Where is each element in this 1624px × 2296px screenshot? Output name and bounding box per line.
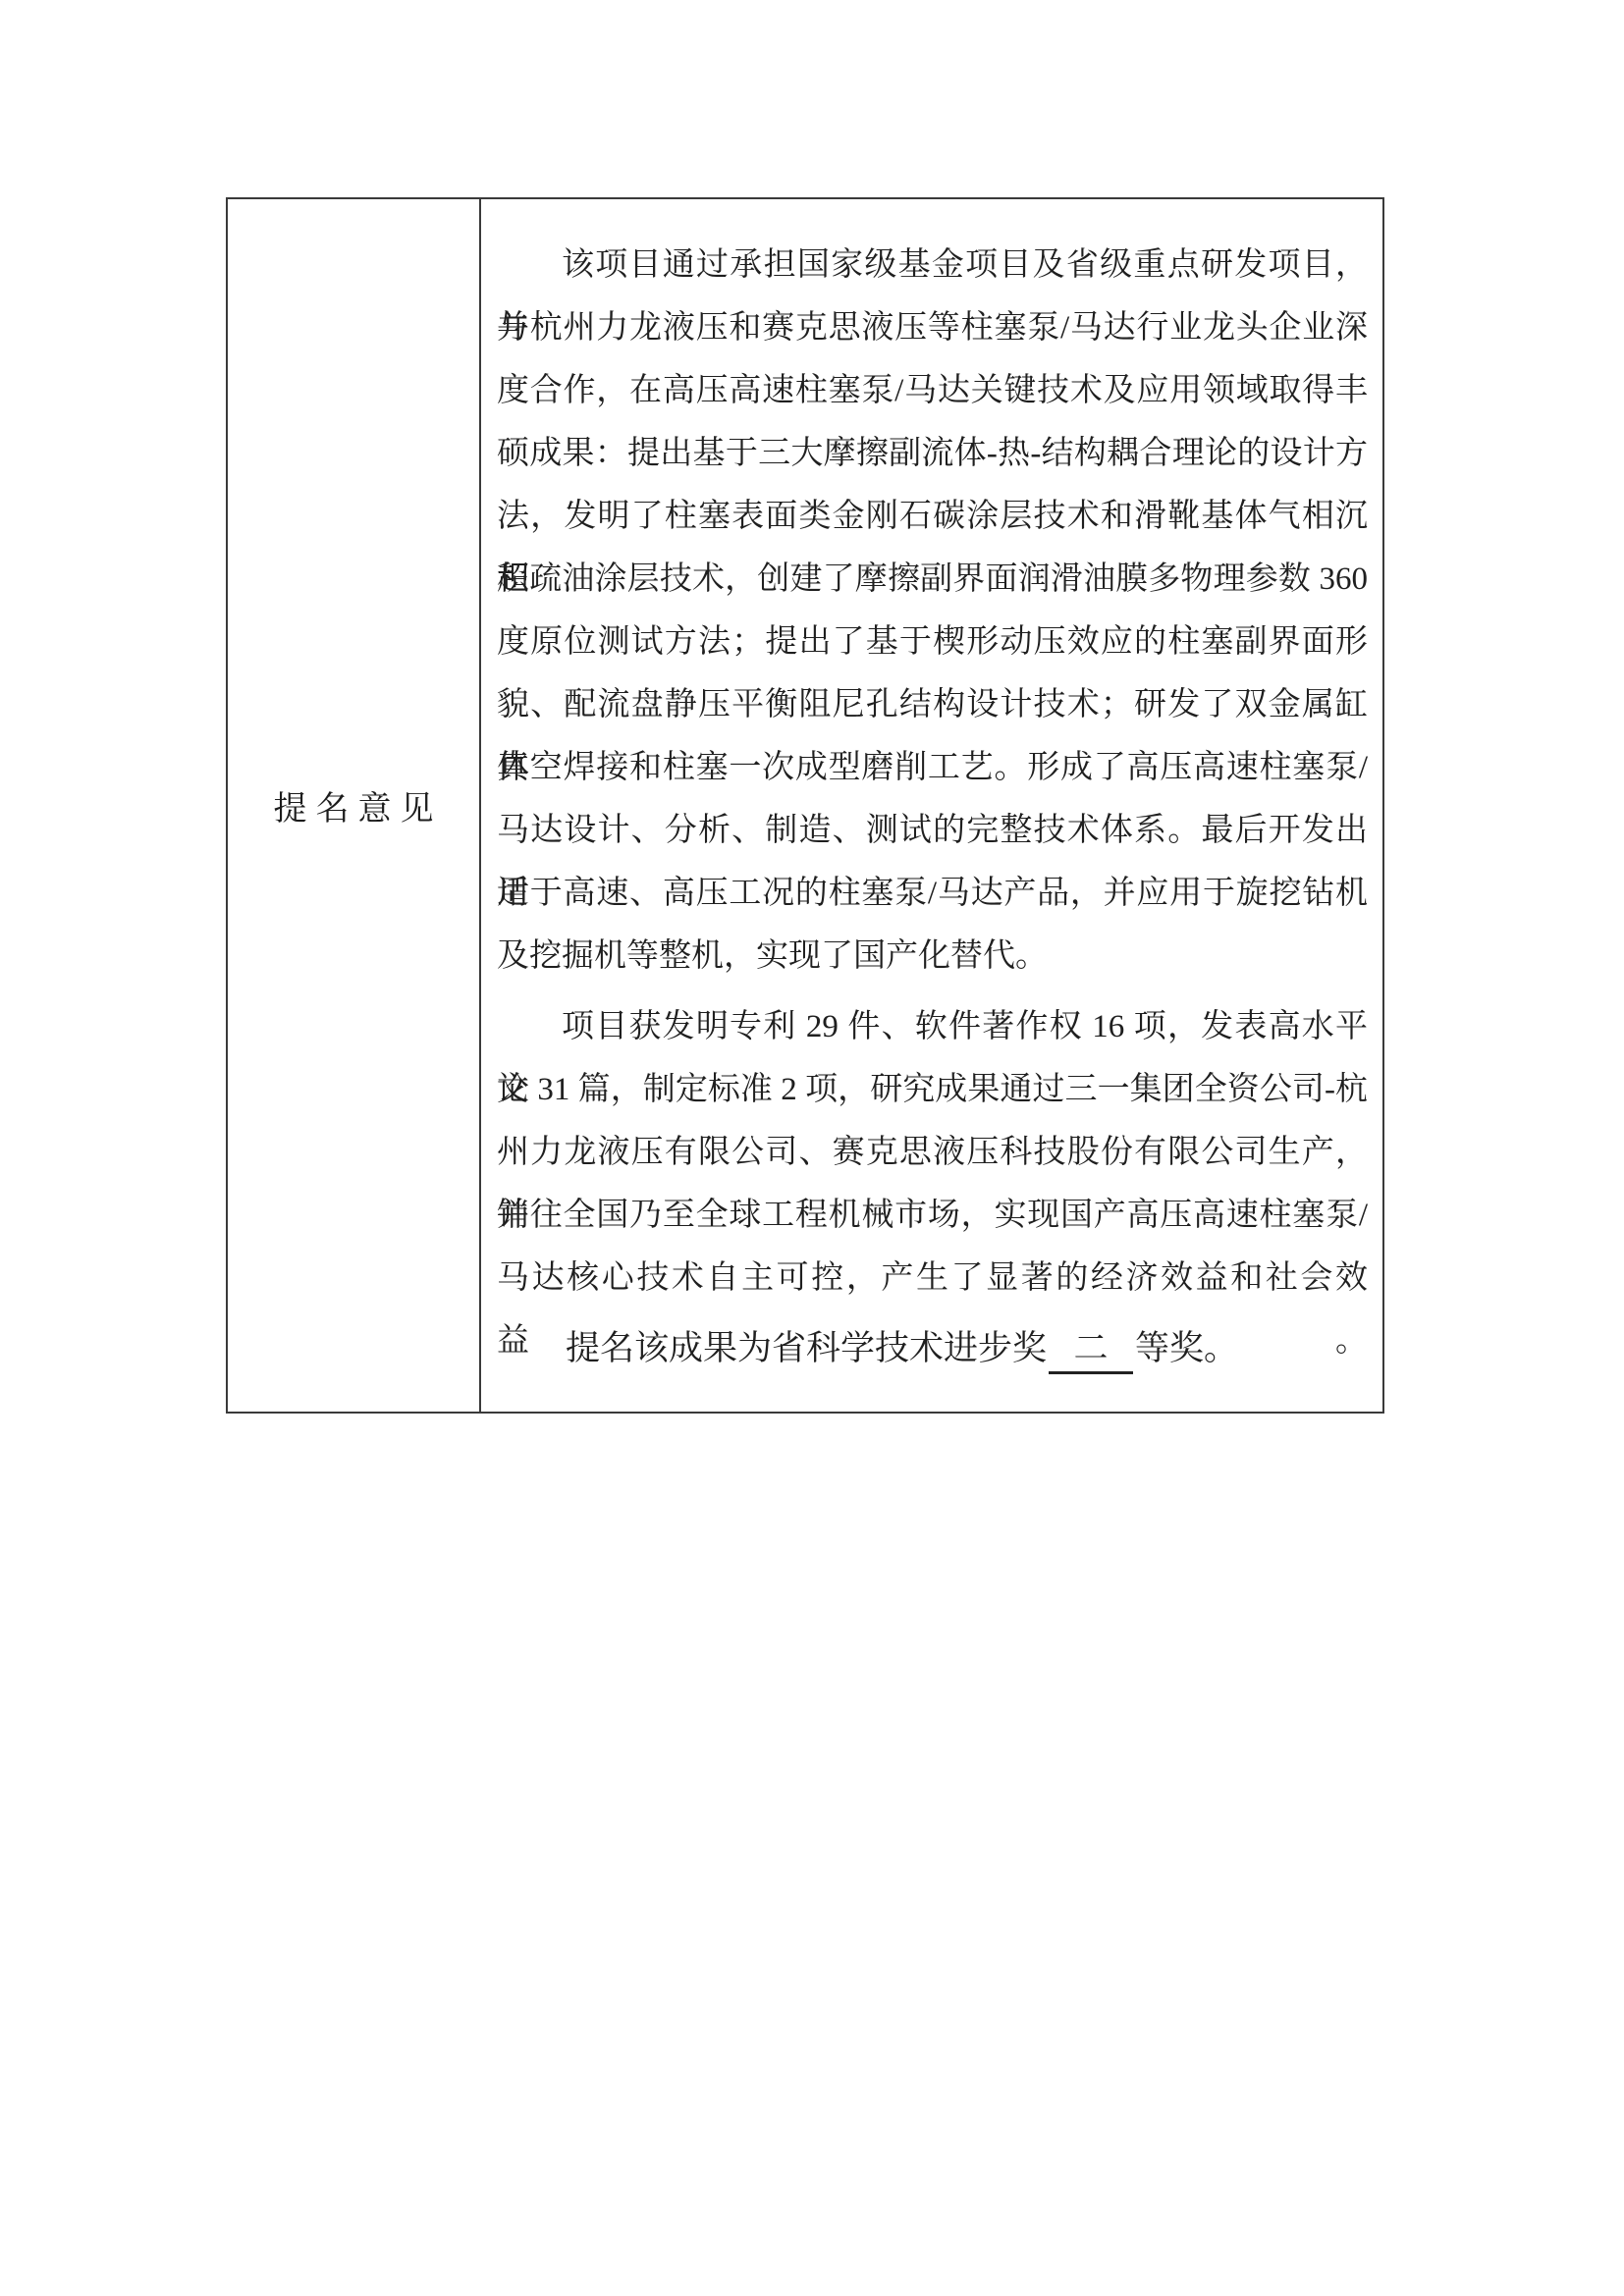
content-paragraphs: 该项目通过承担国家级基金项目及省级重点研发项目，并与杭州力龙液压和赛克思液压等柱… bbox=[497, 234, 1368, 1309]
text-line: 法，发明了柱塞表面类金刚石碳涂层技术和滑靴基体气相沉积 bbox=[497, 485, 1368, 548]
award-line-suffix: 等奖。 bbox=[1135, 1329, 1238, 1367]
text-line: 超疏油涂层技术，创建了摩擦副界面润滑油膜多物理参数 360 bbox=[497, 548, 1368, 611]
text-line: 真空焊接和柱塞一次成型磨削工艺。形成了高压高速柱塞泵/ bbox=[497, 736, 1368, 799]
text-line: 与杭州力龙液压和赛克思液压等柱塞泵/马达行业龙头企业深 bbox=[497, 296, 1368, 359]
text-line: 马达核心技术自主可控，产生了显著的经济效益和社会效益。 bbox=[497, 1247, 1368, 1309]
text-line: 销往全国乃至全球工程机械市场，实现国产高压高速柱塞泵/ bbox=[497, 1184, 1368, 1247]
final-award-line: 提名该成果为省科学技术进步奖二等奖。 bbox=[497, 1317, 1368, 1380]
paragraph: 该项目通过承担国家级基金项目及省级重点研发项目，并与杭州力龙液压和赛克思液压等柱… bbox=[497, 234, 1368, 988]
text-line: 度合作，在高压高速柱塞泵/马达关键技术及应用领域取得丰 bbox=[497, 359, 1368, 422]
text-line: 度原位测试方法；提出了基于楔形动压效应的柱塞副界面形 bbox=[497, 611, 1368, 673]
nomination-table: 提名意见 该项目通过承担国家级基金项目及省级重点研发项目，并与杭州力龙液压和赛克… bbox=[226, 197, 1384, 1414]
text-line: 硕成果：提出基于三大摩擦副流体-热-结构耦合理论的设计方 bbox=[497, 422, 1368, 485]
text-line: 项目获发明专利 29 件、软件著作权 16 项，发表高水平论 bbox=[497, 995, 1368, 1058]
text-line: 貌、配流盘静压平衡阻尼孔结构设计技术；研发了双金属缸体 bbox=[497, 673, 1368, 736]
paragraph: 项目获发明专利 29 件、软件著作权 16 项，发表高水平论文 31 篇，制定标… bbox=[497, 995, 1368, 1309]
text-line: 州力龙液压有限公司、赛克思液压科技股份有限公司生产，并 bbox=[497, 1121, 1368, 1184]
text-line: 该项目通过承担国家级基金项目及省级重点研发项目，并 bbox=[497, 234, 1368, 296]
content-cell: 该项目通过承担国家级基金项目及省级重点研发项目，并与杭州力龙液压和赛克思液压等柱… bbox=[481, 199, 1382, 1412]
text-line: 用于高速、高压工况的柱塞泵/马达产品，并应用于旋挖钻机 bbox=[497, 862, 1368, 925]
text-line: 马达设计、分析、制造、测试的完整技术体系。最后开发出适 bbox=[497, 799, 1368, 862]
nomination-opinion-label: 提名意见 bbox=[265, 781, 443, 829]
award-line-prefix: 提名该成果为省科学技术进步奖 bbox=[566, 1329, 1047, 1367]
label-cell: 提名意见 bbox=[228, 199, 481, 1412]
text-line: 文 31 篇，制定标准 2 项，研究成果通过三一集团全资公司-杭 bbox=[497, 1058, 1368, 1121]
award-grade-blank: 二 bbox=[1049, 1326, 1133, 1374]
document-page: 提名意见 该项目通过承担国家级基金项目及省级重点研发项目，并与杭州力龙液压和赛克… bbox=[0, 0, 1624, 2296]
text-line: 及挖掘机等整机，实现了国产化替代。 bbox=[497, 925, 1368, 988]
